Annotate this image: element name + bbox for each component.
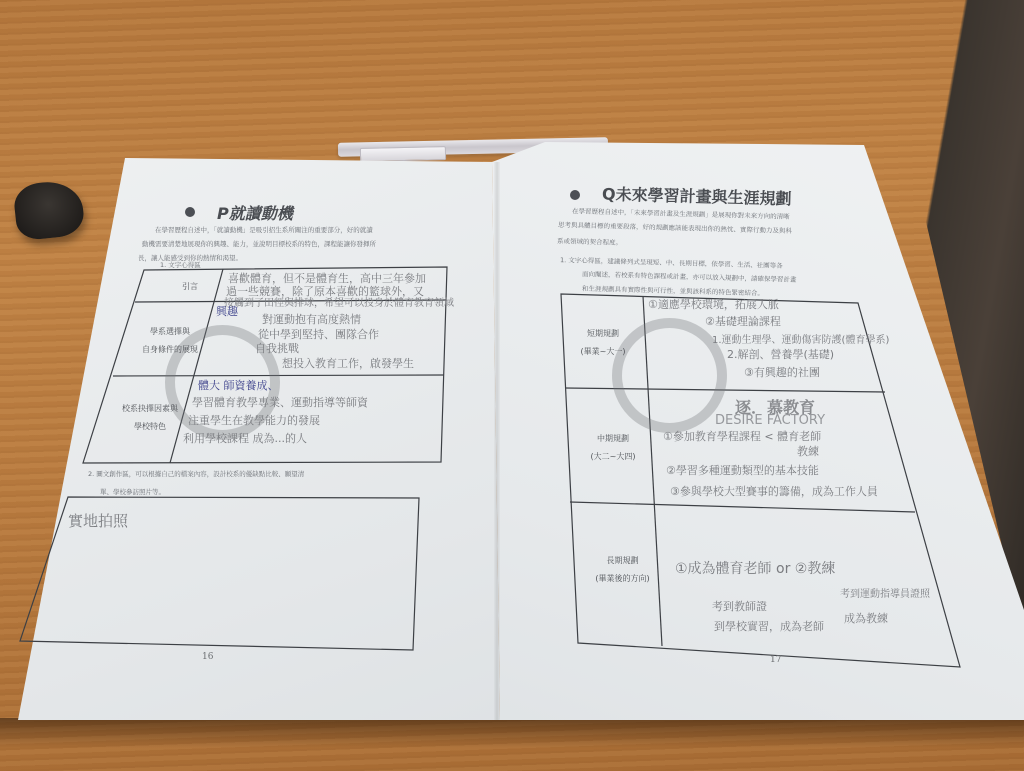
handwriting-line: 2.解剖、營養學(基礎) <box>727 346 834 362</box>
handwriting-line: 教練 <box>797 443 819 459</box>
page-number-left: 16 <box>202 652 213 662</box>
label-line: 校系抉擇因素與 <box>105 400 195 418</box>
section-marker: P <box>217 204 229 223</box>
intro-line-3: 系或領域的契合程度。 <box>557 234 622 250</box>
section-title: 就讀動機 <box>229 204 293 223</box>
label-line: (畢業後的方向) <box>580 570 665 588</box>
handwriting-line: ②基礎理論課程 <box>705 313 781 329</box>
handwriting-blue: 體大 師資養成、 <box>198 377 279 393</box>
table-grid-lines <box>0 0 1024 771</box>
handwriting-line: 考到教師證 <box>712 598 767 614</box>
label-line: (大二~大四) <box>578 448 648 466</box>
label-line: 中期規劃 <box>578 430 648 448</box>
handwriting-line: 1.運動生理學、運動傷害防護(體育學系) <box>712 331 889 346</box>
handwriting-line: 對運動抱有高度熱情 <box>262 311 361 327</box>
handwriting-line: 考到運動指導員證照 <box>840 585 930 600</box>
section-bullet <box>185 207 195 217</box>
section-marker: Q <box>602 185 616 204</box>
handwriting-line: 到學校實習，成為老師 <box>714 618 824 634</box>
handwriting-line: ②學習多種運動類型的基本技能 <box>666 462 819 478</box>
handwriting-line: 利用學校課程 成為...的人 <box>183 430 307 446</box>
row-label-major-choice: 學系選擇與 自身條件的展現 <box>130 323 210 359</box>
handwriting-line: 想投入教育工作，啟發學生 <box>282 355 414 371</box>
row-label-long-term: 長期規劃 (畢業後的方向) <box>580 552 665 588</box>
handwriting-line: 學習體育教學專業、運動指導等師資 <box>192 394 368 410</box>
item-2-line-1: 2. 圖文創作區，可以根據自己的檔案內容，設計校系的優缺點比較、願望清 <box>88 467 304 481</box>
handwriting-blue: 興趣 <box>216 303 238 319</box>
handwriting-line: ①參加教育學程課程 < 體育老師 <box>663 428 821 444</box>
handwriting-line: ③參與學校大型賽事的籌備，成為工作人員 <box>670 483 878 499</box>
watermark-brand-en: DESIRE FACTORY <box>715 413 825 428</box>
label-line: 學系選擇與 <box>130 323 210 341</box>
handwriting-line: ①成為體育老師 or ②教練 <box>675 558 835 578</box>
left-page-title: P就讀動機 <box>217 201 293 224</box>
item-2-line-2: 單、學校參訪照片等。 <box>100 485 165 499</box>
row-label-mid-term: 中期規劃 (大二~大四) <box>578 430 648 466</box>
label-line: (畢業~大一) <box>568 343 638 361</box>
handwriting-line: ③有興趣的社團 <box>744 364 820 380</box>
handwriting-line: 注重學生在教學能力的發展 <box>188 412 320 428</box>
page-number-right: 17 <box>770 655 781 665</box>
label-line: 學校特色 <box>105 418 195 436</box>
label-line: 自身條件的展現 <box>130 341 210 359</box>
item-1-label: 1. 文字心得區 <box>160 258 201 272</box>
photo-box-handwriting: 實地拍照 <box>68 510 128 531</box>
row-label-intro: 引言 <box>170 278 210 296</box>
row-label-school-choice: 校系抉擇因素與 學校特色 <box>105 400 195 436</box>
intro-line-1: 在學習歷程自述中，「就讀動機」是吸引招生系所關注的重要部分，好的就讀 <box>155 223 373 237</box>
row-label-short-term: 短期規劃 (畢業~大一) <box>568 325 638 361</box>
handwriting-line: ①適應學校環境，拓展人脈 <box>648 296 779 312</box>
handwriting-line: 接觸到了田徑與排球，希望可以投身於體育教育領域 <box>224 294 454 309</box>
handwriting-line: 自我挑戰 <box>255 340 299 356</box>
label-line: 短期規劃 <box>568 325 638 343</box>
label-line: 長期規劃 <box>580 552 665 570</box>
section-title: 未來學習計畫與生涯規劃 <box>615 185 791 209</box>
intro-line-2: 動機需要清楚地展現你的興趣、能力，並說明目標校系的特色，課程能讓你發揮所 <box>142 237 376 251</box>
handwriting-line: 成為教練 <box>844 610 888 626</box>
section-bullet <box>570 190 580 200</box>
